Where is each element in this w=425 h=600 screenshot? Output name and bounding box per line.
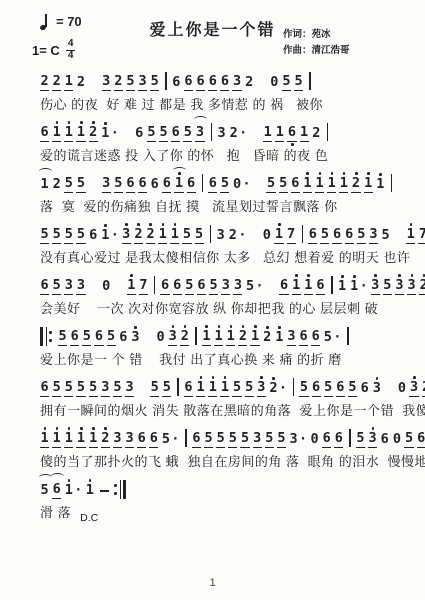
note-token: 5 <box>195 228 204 245</box>
note-token: 1· <box>101 229 119 245</box>
note-number: 3 <box>102 177 111 194</box>
note-token: 5 <box>216 432 225 449</box>
note-token: 5 <box>182 228 191 245</box>
note-number: 0 <box>156 331 165 347</box>
barline <box>211 123 213 141</box>
note-number: 6 <box>187 177 196 194</box>
note-token: 6 <box>192 432 201 449</box>
note-number: 2 <box>40 75 49 92</box>
note-number: 6 <box>291 177 300 194</box>
note-token: 5 <box>282 75 291 92</box>
note-token: 5 <box>159 126 168 143</box>
note-number: 5 <box>76 177 85 194</box>
note-number: 2 <box>52 178 61 194</box>
note-token: 1 <box>89 432 98 449</box>
note-number: 1 <box>275 126 284 143</box>
note-token: 6 <box>360 382 369 398</box>
note-number: 5 <box>126 75 135 92</box>
barline <box>391 174 393 192</box>
note-number: 1 <box>76 432 85 449</box>
note-number: 6 <box>196 75 205 92</box>
note-number: 1 <box>327 177 336 194</box>
note-token: 3 <box>409 381 418 398</box>
note-number: 6 <box>287 126 296 143</box>
note-token: 1 <box>300 126 309 143</box>
note-number: 0 <box>102 280 111 296</box>
note-number: 5 <box>265 432 274 449</box>
barline <box>331 276 333 294</box>
note-token: 5 <box>162 381 171 398</box>
note-token: 6 <box>197 279 206 296</box>
note-number: 3 <box>195 126 204 143</box>
note-token: 6 <box>345 228 354 245</box>
note-token: 5 <box>209 279 218 296</box>
note-token: 5 <box>220 177 229 194</box>
octave-dot-above <box>184 325 187 328</box>
octave-dot-above <box>254 325 257 328</box>
note-token: 1 <box>76 432 85 449</box>
note-number: 1 <box>196 381 205 398</box>
note-token: 7 <box>287 228 296 245</box>
note-token: 1 <box>40 432 49 449</box>
note-number: 1 <box>52 432 61 449</box>
note-token: 5 <box>150 381 159 398</box>
sheet-music-page: = 70 爱上你是一个错 作词：苑冰 作曲：清江浩哥 1= C 4 4 2212… <box>0 0 425 600</box>
note-number: 6 <box>40 126 49 143</box>
note-token: 0 <box>262 229 271 245</box>
note-token: 5 <box>82 330 91 347</box>
note-token: 1 <box>327 177 336 194</box>
note-token: 3 <box>125 432 134 449</box>
note-token: 3 <box>221 279 230 296</box>
note-number: 1 <box>64 75 73 92</box>
slur-arc <box>173 167 186 175</box>
note-token: 1 <box>40 178 49 194</box>
note-number: 1 <box>339 177 348 194</box>
note-number: 6 <box>70 330 79 347</box>
note-token: 2 <box>52 178 61 194</box>
note-token: 3 <box>233 279 242 296</box>
repeat-start-barline <box>40 327 52 346</box>
note-token: 3 <box>125 381 134 398</box>
note-token: 5 <box>64 228 73 245</box>
note-number: 5 <box>89 381 98 398</box>
octave-dot-above <box>376 377 379 380</box>
note-number: 1 <box>64 432 73 449</box>
note-number: 5 <box>64 381 73 398</box>
note-number: 6 <box>208 177 217 194</box>
slur-arc <box>39 474 52 482</box>
note-number: 5 <box>107 330 116 347</box>
note-token: 2 <box>40 75 49 92</box>
thick-bar <box>40 327 43 346</box>
note-token: 0 <box>156 331 165 347</box>
note-token: 1 <box>315 177 324 194</box>
note-token: 5 <box>52 381 61 398</box>
notes-row: 561·1 <box>40 472 409 499</box>
note-number: 1 <box>275 331 284 347</box>
note-number: 5 <box>195 228 204 245</box>
octave-dot-above <box>104 427 107 430</box>
note-token: 6 <box>70 330 79 347</box>
note-token: 1 <box>364 177 373 194</box>
note-token: 5 <box>245 381 254 398</box>
note-number: 3 <box>102 75 111 92</box>
octave-dot-above <box>410 223 413 226</box>
note-number: 5 <box>150 75 159 92</box>
note-token: 1· <box>350 280 368 296</box>
note-token: 6 <box>291 177 300 194</box>
note-number: 5 <box>232 381 241 398</box>
octave-dot-above <box>341 275 344 278</box>
note-token: 5 <box>150 75 159 92</box>
augmentation-dot: · <box>239 127 247 142</box>
lyrics-row: 会美好 一次 次对你宽容放 纵 你却把我 的心 层层刺 破 <box>40 298 409 317</box>
note-token: 5 <box>357 228 366 245</box>
note-number: 1 <box>127 279 136 296</box>
note-number: 2 <box>101 432 110 449</box>
note-number: 3 <box>76 279 85 296</box>
note-number: 6 <box>208 75 217 92</box>
note-token: 0 <box>397 382 406 398</box>
note-number: 7 <box>287 228 296 245</box>
note-token: 3 <box>372 382 381 398</box>
note-token: 1 <box>170 228 179 245</box>
note-token: 1· <box>64 484 82 500</box>
note-token: 1 <box>263 126 272 143</box>
note-token: 1 <box>202 330 211 347</box>
score-line: 653301766565335·611611·3533220会美好 一次 次对你… <box>40 268 409 319</box>
page-number: 1 <box>209 577 215 589</box>
note-token: 6 <box>336 381 345 398</box>
note-number: 6 <box>279 279 288 296</box>
note-token: 0· <box>232 178 250 194</box>
octave-dot-above <box>172 325 175 328</box>
note-token: 5 <box>147 126 156 143</box>
note-token: 5 <box>76 177 85 194</box>
note-number: 2 <box>180 330 189 347</box>
barline <box>195 327 197 345</box>
note-number: 2 <box>134 228 143 245</box>
note-number: 1 <box>170 228 179 245</box>
note-token: 5· <box>245 280 263 296</box>
note-number: 5 <box>162 381 171 398</box>
augmentation-dot: · <box>238 229 246 244</box>
lyrics-row: 落 寞 爱的伤痛独 自抚 摸 流星划过誓言飘落 你 <box>40 196 409 215</box>
octave-dot-above <box>272 377 275 380</box>
note-number: 6 <box>173 279 182 296</box>
lyrics-row: 拥有一瞬间的烟火 消失 散落在黑暗的角落 爱上你是一个错 我傻 <box>40 400 409 419</box>
note-number: 5 <box>383 279 392 296</box>
octave-dot-above <box>331 172 334 175</box>
note-number: 5 <box>76 228 85 245</box>
thin-bar <box>120 480 121 499</box>
note-token: 5· <box>161 433 179 449</box>
slur-arc <box>51 473 64 481</box>
octave-dot-above <box>125 223 128 226</box>
note-number: 1 <box>174 177 183 194</box>
time-signature: 4 4 <box>66 39 76 61</box>
score-line: 611121·65565332·11612爱的谎言迷惑 投 入了你 的怀 抱 昏… <box>40 115 409 166</box>
note-token: 3· <box>289 433 307 449</box>
note-number: 6 <box>137 432 146 449</box>
note-token: 3 <box>195 126 204 143</box>
note-number: 1 <box>338 280 347 296</box>
octave-dot-above <box>355 172 358 175</box>
note-token: 1 <box>85 484 94 500</box>
note-number: 1 <box>292 279 301 296</box>
note-token: 1 <box>196 381 205 398</box>
score-line: 555561·322115532·017656653517没有真心爱过 是我太傻… <box>40 217 409 268</box>
note-number: 5 <box>277 432 286 449</box>
note-number: 5 <box>209 279 218 296</box>
note-number: 2 <box>351 177 360 194</box>
octave-dot-above <box>56 427 59 430</box>
barline <box>302 225 304 243</box>
note-number: 1 <box>40 178 49 194</box>
note-token: 5 <box>76 228 85 245</box>
note-token: 1 <box>127 279 136 296</box>
note-token: 5 <box>232 381 241 398</box>
octave-dot-below <box>291 143 294 146</box>
note-token: 6 <box>311 330 320 347</box>
note-token: 6 <box>135 127 144 143</box>
note-token: 5 <box>52 279 61 296</box>
slur-arc <box>39 168 52 176</box>
note-number: 6 <box>126 177 135 194</box>
note-token: 5 <box>265 432 274 449</box>
note-token: 5 <box>320 228 329 245</box>
note-number: 1 <box>64 126 73 143</box>
note-token: 5 <box>183 126 192 143</box>
lyrics-row: 没有真心爱过 是我太傻相信你 太多 总幻 想着爱 的明天 也许 <box>40 247 409 266</box>
note-number: 6 <box>360 382 369 398</box>
note-number: 5 <box>64 228 73 245</box>
note-token: 1 <box>174 177 183 194</box>
note-number: 1 <box>208 381 217 398</box>
note-token: 1 <box>214 330 223 347</box>
note-token: 5 <box>114 177 123 194</box>
octave-dot-above <box>306 172 309 175</box>
note-number: 6 <box>150 178 159 194</box>
note-number: 2 <box>312 127 321 143</box>
lyrics-row: 爱上你是一 个 错 我付 出了真心换 来 痛 的折 磨 <box>40 349 409 368</box>
note-token: 5 <box>40 484 49 500</box>
note-number: 0 <box>310 433 319 449</box>
composer-credit: 作曲：清江浩哥 <box>283 43 350 59</box>
note-token: 6 <box>184 381 193 398</box>
barline <box>185 429 187 447</box>
note-token: 2 <box>422 381 425 398</box>
note-number: 6 <box>171 126 180 143</box>
note-number: 3 <box>233 279 242 296</box>
barline <box>309 72 311 90</box>
note-token: 1 <box>338 280 347 296</box>
note-number: 5 <box>183 126 192 143</box>
note-number: 5 <box>245 280 254 296</box>
note-number: 3 <box>372 382 381 398</box>
note-number: 1 <box>64 484 73 500</box>
note-token: 5 <box>266 177 275 194</box>
score-line: 561·1滑 落D.C <box>40 472 409 523</box>
notes-row: 11111233665·655553553·0665360565 <box>40 421 409 448</box>
note-number: 6 <box>380 433 389 449</box>
note-token: 6 <box>119 331 128 347</box>
barline <box>349 429 351 447</box>
note-number: 0 <box>262 229 271 245</box>
note-number: 3 <box>395 279 404 296</box>
note-token: 3 <box>131 331 140 347</box>
note-number: 6 <box>220 75 229 92</box>
note-token: 2 <box>114 75 123 92</box>
note-number: 6 <box>311 330 320 347</box>
note-number: 5 <box>161 433 170 449</box>
thin-bar <box>46 327 47 346</box>
note-number: 3 <box>113 432 122 449</box>
note-token: 2 <box>76 76 85 92</box>
note-token: 3 <box>122 228 131 245</box>
octave-dot-above <box>200 376 203 379</box>
octave-dot-above <box>149 223 152 226</box>
barline <box>165 72 167 90</box>
note-token: 5 <box>52 228 61 245</box>
note-number: 5 <box>299 381 308 398</box>
score-line: 2212325356666632055伤心 的夜 好 难 过 都是 我 多情惹 … <box>40 64 409 115</box>
note-token: 1 <box>250 330 259 347</box>
note-number: 3 <box>138 75 147 92</box>
note-token: 0 <box>102 280 111 296</box>
note-token: 2 <box>89 126 98 143</box>
note-number: 1 <box>202 330 211 347</box>
note-number: 5 <box>40 484 49 500</box>
repeat-dot <box>114 484 117 487</box>
score-line: 125535666616650·5561111211落 寞 爱的伤痛独 自抚 摸… <box>40 166 409 217</box>
note-token: 0 <box>270 76 279 92</box>
octave-dot-above <box>130 274 133 277</box>
note-token: 6 <box>312 381 321 398</box>
octave-dot-above <box>379 173 382 176</box>
note-token: 2 <box>134 228 143 245</box>
score-line: 11111233665·655553553·0665360565傻的当了那扑火的… <box>40 421 409 472</box>
note-number: 5 <box>182 228 191 245</box>
time-numerator: 4 <box>66 39 76 51</box>
note-number: 7 <box>418 228 425 245</box>
note-number: 5 <box>266 177 275 194</box>
octave-dot-above <box>212 376 215 379</box>
slur-arc <box>194 116 207 124</box>
note-token: 3 <box>64 279 73 296</box>
note-number: 6 <box>149 432 158 449</box>
note-number: 2 <box>89 126 98 143</box>
notes-row: 655553535561115532·5656563032 <box>40 370 409 397</box>
note-token: 5 <box>64 381 73 398</box>
octave-dot-above <box>80 121 83 124</box>
note-token: 2 <box>312 127 321 143</box>
note-token: 3 <box>216 229 225 245</box>
note-number: 5 <box>228 432 237 449</box>
note-token: 6 <box>308 228 317 245</box>
note-number: 0 <box>232 178 241 194</box>
octave-dot-above <box>367 172 370 175</box>
augmentation-dot: · <box>360 280 368 295</box>
lyrics-row: 爱的谎言迷惑 投 入了你 的怀 抱 昏暗 的夜 色 <box>40 145 409 164</box>
octave-dot-above <box>104 122 107 125</box>
note-number: 5 <box>159 126 168 143</box>
note-number: 5 <box>357 228 366 245</box>
note-number: 5 <box>279 177 288 194</box>
note-number: 2 <box>228 229 237 245</box>
octave-dot-above <box>398 274 401 277</box>
time-denominator: 4 <box>68 51 74 62</box>
note-number: 5 <box>356 432 365 449</box>
note-token: 1 <box>292 279 301 296</box>
octave-dot-above <box>80 427 83 430</box>
note-number: 6 <box>89 229 98 245</box>
note-number: 5 <box>52 228 61 245</box>
note-token: 6 <box>150 178 159 194</box>
note-token: 3 <box>217 127 226 143</box>
note-number: 5 <box>381 229 390 245</box>
note-token: 2· <box>269 382 287 398</box>
note-token: 3 <box>102 177 111 194</box>
note-number: 5 <box>323 331 332 347</box>
note-number: 1 <box>364 177 373 194</box>
note-number: 3 <box>371 279 380 296</box>
note-number: 6 <box>94 330 103 347</box>
note-number: 3 <box>64 279 73 296</box>
octave-dot-above <box>92 121 95 124</box>
note-number: 0 <box>270 76 279 92</box>
note-number: 5 <box>324 381 333 398</box>
note-token: 1 <box>64 75 73 92</box>
augmentation-dot: · <box>256 280 264 295</box>
note-token: 3 <box>76 279 85 296</box>
note-token: 3 <box>101 381 110 398</box>
note-token: 2· <box>229 127 247 143</box>
note-number: 5 <box>40 228 49 245</box>
note-number: 0 <box>392 433 401 449</box>
note-token: 6 <box>40 126 49 143</box>
page-footer: 1 <box>0 577 425 589</box>
note-token: 6 <box>94 330 103 347</box>
note-token: 6 <box>332 228 341 245</box>
note-number: 2 <box>245 76 254 92</box>
note-number: 1 <box>40 432 49 449</box>
note-token: 2 <box>419 279 425 296</box>
repeat-dot <box>49 331 52 334</box>
note-number: 1 <box>226 330 235 347</box>
note-token: 5 <box>204 432 213 449</box>
note-number: 1 <box>300 126 309 143</box>
note-number: 3 <box>217 127 226 143</box>
note-number: 3 <box>125 381 134 398</box>
notes-row: 653301766565335·611611·3533220 <box>40 268 409 295</box>
note-number: 5 <box>76 381 85 398</box>
note-number: 1 <box>85 484 94 500</box>
note-number: 6 <box>135 127 144 143</box>
note-token: 3 <box>407 279 416 296</box>
octave-dot-above <box>104 224 107 227</box>
key-signature: 1= C 4 4 <box>32 39 75 61</box>
note-token: 1 <box>406 228 415 245</box>
note-number: 6 <box>40 381 49 398</box>
augmentation-dot: · <box>111 229 119 244</box>
barline <box>210 225 212 243</box>
note-token: 6 <box>316 279 325 296</box>
note-token: 5 <box>228 432 237 449</box>
octave-dot-above <box>89 479 92 482</box>
note-number: 3 <box>131 331 140 347</box>
